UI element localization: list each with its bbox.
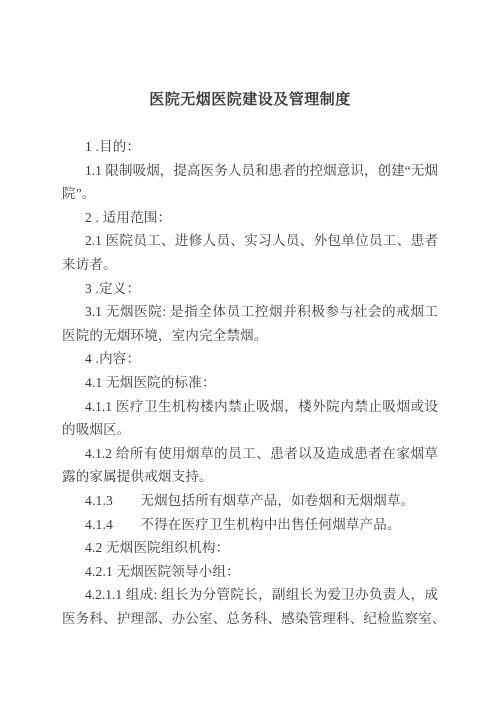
document-line: 4 .内容： [62, 347, 438, 371]
document-line: 医院的无烟环境，室内完全禁烟。 [62, 324, 438, 348]
document-line: 2 . 适用范围： [62, 206, 438, 230]
document-line: 4.2.1 无烟医院领导小组： [62, 560, 438, 584]
document-line: 1 .目的： [62, 135, 438, 159]
document-page: 医院无烟医院建设及管理制度 1 .目的：1.1 限制吸烟，提高医务人员和患者的控… [0, 0, 500, 707]
document-line: 4.2 无烟医院组织机构： [62, 536, 438, 560]
document-title: 医院无烟医院建设及管理制度 [0, 88, 500, 109]
document-body: 1 .目的：1.1 限制吸烟，提高医务人员和患者的控烟意识，创建“无烟医院”。2… [62, 135, 438, 630]
document-line: 4.1.2 给所有使用烟草的员工、患者以及造成患者在家烟草烟雾暴 [62, 442, 438, 466]
document-line: 3.1 无烟医院: 是指全体员工控烟并积极参与社会的戒烟工作;创建 [62, 300, 438, 324]
document-line: 2.1 医院员工、进修人员、实习人员、外包单位员工、患者及家属、 [62, 229, 438, 253]
document-line: 4.1 无烟医院的标准： [62, 371, 438, 395]
document-line: 的吸烟区。 [62, 418, 438, 442]
document-line: 4.1.1 医疗卫生机构楼内禁止吸烟，楼外院内禁止吸烟或设有指定 [62, 395, 438, 419]
document-line: 露的家属提供戒烟支持。 [62, 465, 438, 489]
document-line: 3 .定义： [62, 277, 438, 301]
document-line: 4.2.1.1 组成: 组长为分管院长，副组长为爱卫办负责人，成员包括 [62, 583, 438, 607]
document-line: 来访者。 [62, 253, 438, 277]
document-line: 4.1.3 无烟包括所有烟草产品，如卷烟和无烟烟草。 [62, 489, 438, 513]
document-line: 1.1 限制吸烟，提高医务人员和患者的控烟意识，创建“无烟医 [62, 159, 438, 183]
document-line: 4.1.4 不得在医疗卫生机构中出售任何烟草产品。 [62, 513, 438, 537]
document-line: 院”。 [62, 182, 438, 206]
document-line: 医务科、护理部、办公室、总务科、感染管理科、纪检监察室、 [62, 607, 438, 631]
